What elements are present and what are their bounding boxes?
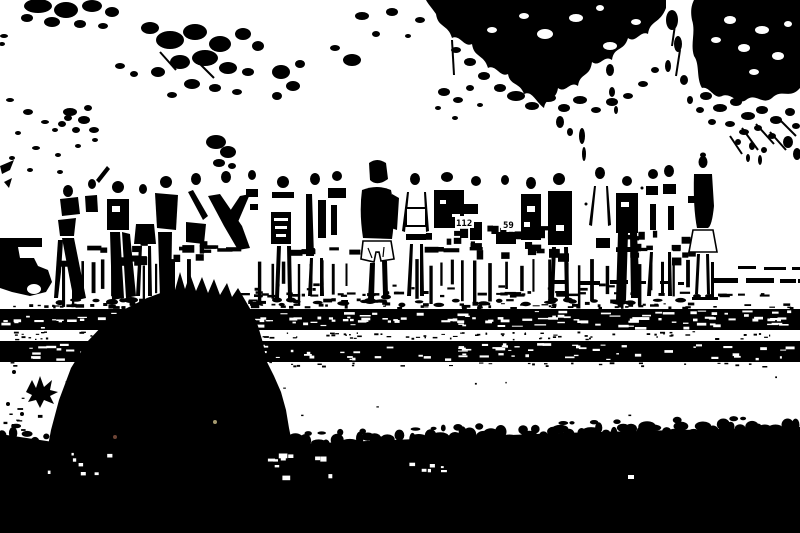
bib-number-112: 112: [456, 219, 472, 229]
page: { "meta": { "title": "High-contrast thre…: [0, 0, 800, 533]
bib-number-59: 59: [503, 221, 514, 231]
photo-canvas: 112 59: [0, 0, 800, 533]
speck-red: [113, 435, 117, 439]
hedge-white-speck: [628, 475, 634, 479]
speck-yellow: [213, 420, 217, 424]
scene-image: 112 59: [0, 0, 800, 533]
